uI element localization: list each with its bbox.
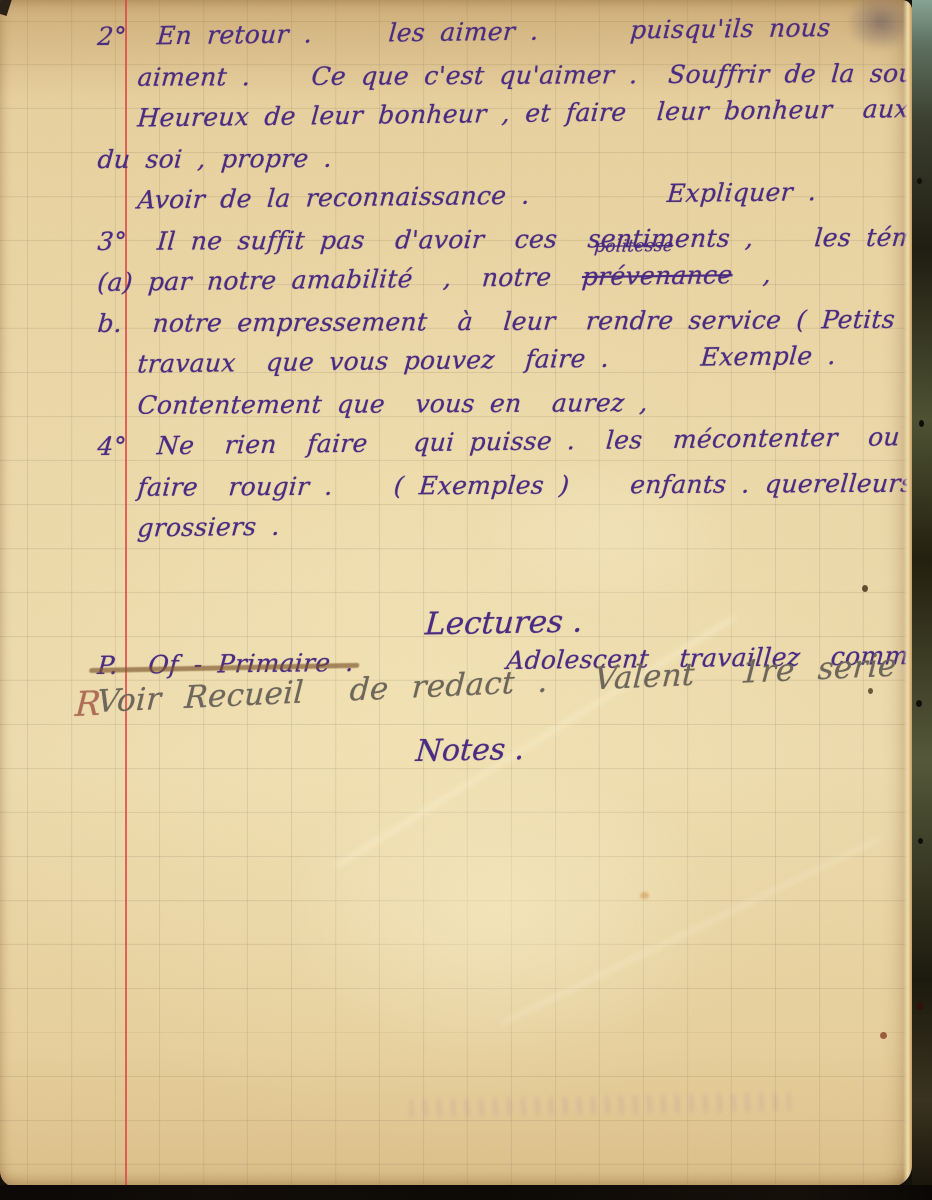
manuscript-line: (a) par notre amabilité , notre politess…: [96, 252, 912, 303]
text-run: 3° Il ne suffit pas d'avoir ces sentimen…: [96, 222, 912, 256]
struck-text: prévenance: [581, 260, 734, 291]
manuscript-line: 4° Ne rien faire qui puisse . les mécont…: [96, 416, 912, 467]
text-run: ,: [731, 260, 772, 290]
notes-heading: Notes .: [61, 722, 880, 780]
stitch-hole: [917, 1002, 923, 1010]
binding-edge: [912, 0, 932, 1200]
stitch-hole: [918, 838, 923, 844]
stitch-hole: [917, 178, 922, 184]
text-run: faire rougir . ( Exemples ) enfants . qu…: [136, 468, 912, 502]
manuscript-line: grossiers .: [96, 498, 912, 549]
notebook-page: 2° En retour . les aimer . puisqu'ils no…: [0, 0, 912, 1187]
text-run: Avoir de la reconnaissance . Expliquer .: [136, 177, 817, 214]
manuscript-line: travaux que vous pouvez faire . Exemple …: [96, 334, 912, 385]
text-run: travaux que vous pouvez faire . Exemple …: [136, 341, 837, 379]
correction-stack: politesseprévenance: [580, 254, 734, 297]
manuscript-line: Heureux de leur bonheur , et faire leur …: [96, 88, 912, 139]
text-run: Contentement que vous en aurez ,: [136, 388, 649, 420]
notes-section: 2° En retour . les aimer . puisqu'ils no…: [96, 16, 912, 549]
text-run: Heureux de leur bonheur , et faire leur …: [136, 93, 912, 133]
text-run: du soi , propre .: [96, 144, 333, 174]
stitch-hole: [919, 420, 924, 427]
manuscript-line: 2° En retour . les aimer . puisqu'ils no…: [96, 6, 912, 57]
text-run: 2° En retour . les aimer . puisqu'ils no…: [96, 13, 831, 51]
struck-text-above: politesse: [594, 238, 674, 256]
text-run: 4° Ne rien faire qui puisse . les mécont…: [96, 421, 912, 461]
text-run: aiment . Ce que c'est qu'aimer . Souffri…: [136, 58, 912, 92]
manuscript-line: Avoir de la reconnaissance . Expliquer .: [96, 170, 912, 221]
stitch-hole: [916, 700, 922, 707]
text-run: (a) par notre amabilité , notre: [96, 262, 583, 297]
text-run: b. notre empressement à leur rendre serv…: [96, 305, 896, 338]
manuscript-content: 2° En retour . les aimer . puisqu'ils no…: [0, 16, 912, 773]
text-run: grossiers .: [136, 512, 281, 543]
ghost-mark: R: [74, 684, 102, 726]
bottom-shadow-edge: [0, 1185, 932, 1200]
page-edge-highlight: [903, 0, 912, 1187]
notebook-scan: 2° En retour . les aimer . puisqu'ils no…: [0, 0, 932, 1200]
lectures-section: P. Of - Primaire . Adolescent travaillez…: [96, 645, 912, 723]
